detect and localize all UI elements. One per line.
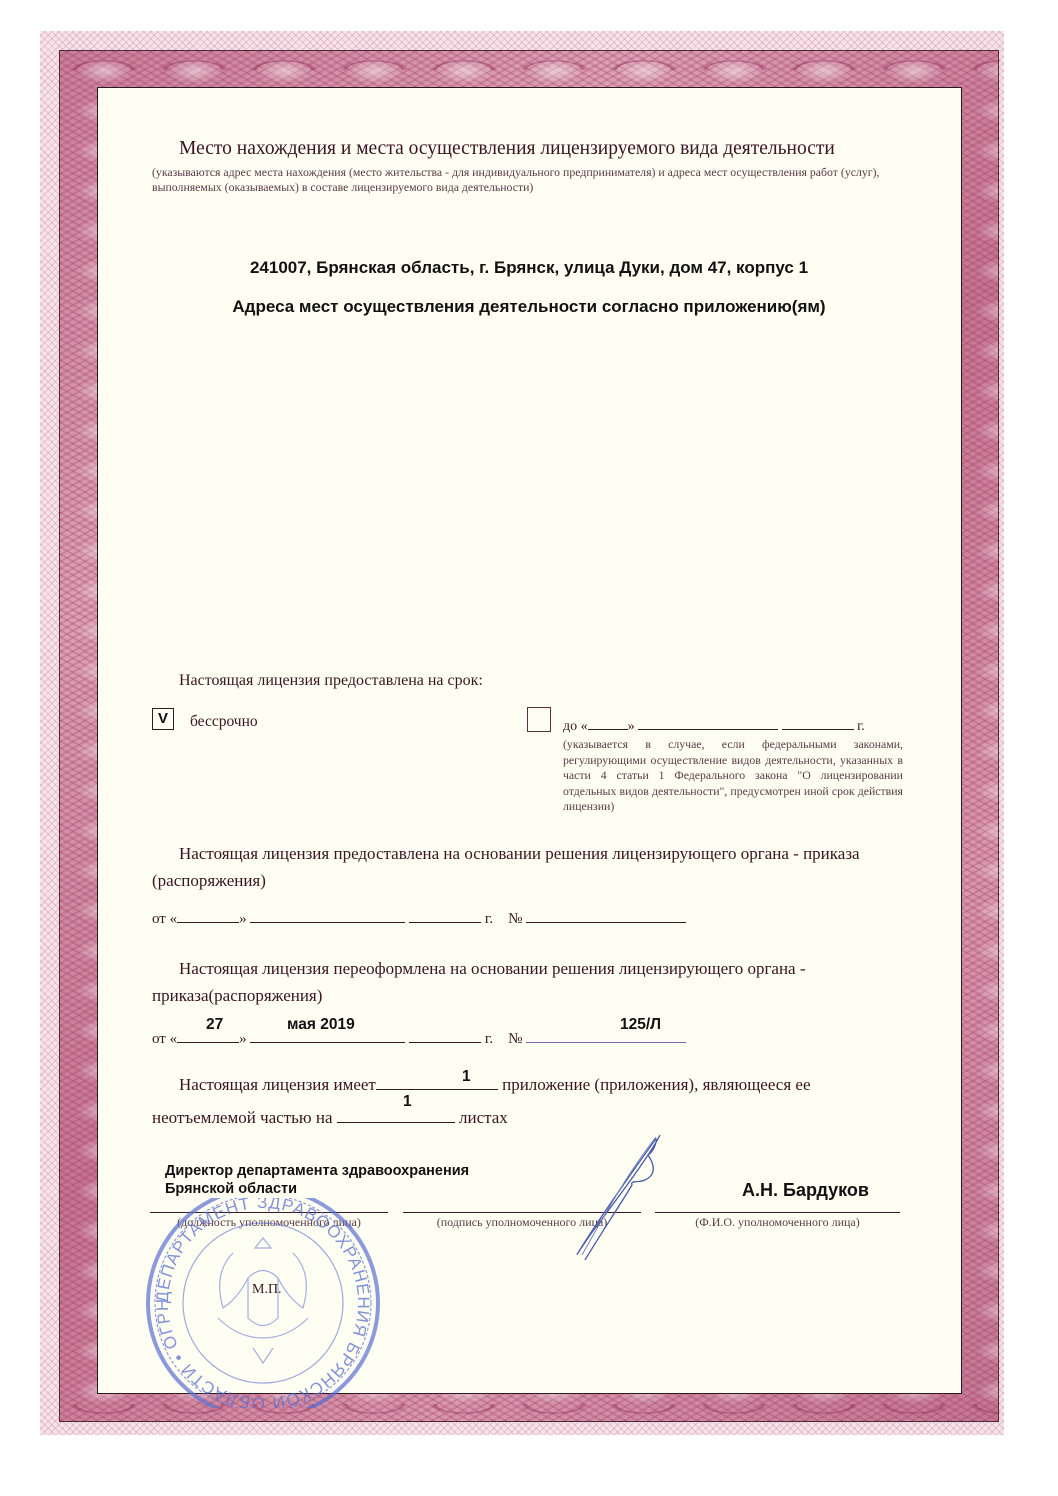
annex-prefix: Настоящая лицензия имеет: [179, 1075, 376, 1094]
annex-sheets-value: 1: [403, 1093, 412, 1111]
perpetual-label: бессрочно: [190, 713, 258, 731]
signatory-name: А.Н. Бардуков: [742, 1180, 869, 1201]
granted-day-blank: [177, 908, 239, 923]
activity-addresses-note: Адреса мест осуществления деятельности с…: [0, 297, 1058, 317]
reissued-month-year-value: мая 2019: [287, 1016, 355, 1034]
granted-year-blank: [409, 908, 481, 923]
annex-line2-prefix: неотъемлемой частью на: [152, 1108, 333, 1127]
reissued-basis-text: Настоящая лицензия переоформлена на осно…: [152, 955, 892, 1009]
reissued-order-row: от «» г. №: [152, 1028, 686, 1048]
reissued-number-blank: [526, 1028, 686, 1043]
perpetual-checkbox[interactable]: V: [152, 708, 174, 730]
granted-quote-close: »: [239, 911, 247, 927]
handwritten-signature: [560, 1125, 670, 1265]
term-label: Настоящая лицензия предоставлена на срок…: [179, 672, 483, 690]
reissued-day-value: 27: [206, 1016, 223, 1034]
until-year-blank: [782, 715, 854, 730]
name-line: [655, 1212, 900, 1213]
reissued-year-suffix: г.: [485, 1031, 493, 1047]
reissued-quote-close: »: [239, 1031, 247, 1047]
granted-from-prefix: от «: [152, 911, 177, 927]
reissued-year-blank: [409, 1028, 481, 1043]
frame-wave-top: [59, 56, 1000, 70]
signatory-position: Директор департамента здравоохранения Бр…: [165, 1162, 495, 1198]
granted-number-prefix: №: [508, 911, 522, 927]
annex-suffix: приложение (приложения), являющееся ее: [502, 1075, 810, 1094]
name-caption: (Ф.И.О. уполномоченного лица): [655, 1215, 900, 1230]
granted-year-suffix: г.: [485, 911, 493, 927]
reissued-number-prefix: №: [508, 1031, 522, 1047]
until-month-blank: [638, 715, 778, 730]
reissued-number-value: 125/Л: [620, 1016, 661, 1034]
annex-line-1: Настоящая лицензия имеет приложение (при…: [179, 1075, 811, 1095]
document-title: Место нахождения и места осуществления л…: [179, 138, 835, 160]
granted-order-row: от «» г. №: [152, 908, 686, 928]
annex-count-value: 1: [462, 1068, 471, 1086]
until-prefix: до «: [563, 719, 588, 734]
license-address: 241007, Брянская область, г. Брянск, ули…: [0, 258, 1058, 278]
annex-line2-suffix: листах: [459, 1108, 508, 1127]
annex-count-blank: [376, 1075, 498, 1090]
until-note: (указывается в случае, если федеральными…: [563, 737, 903, 815]
title-note: (указываются адрес места нахождения (мес…: [152, 165, 892, 195]
until-day-blank: [588, 715, 628, 730]
reissued-from-prefix: от «: [152, 1031, 177, 1047]
granted-month-blank: [250, 908, 405, 923]
until-date-line: до «» г.: [563, 715, 865, 735]
granted-number-blank: [526, 908, 686, 923]
until-quote-close: »: [628, 719, 635, 734]
seal-place-mark: М.П.: [252, 1282, 282, 1298]
annex-sheets-blank: [337, 1108, 455, 1123]
eagle-emblem-icon: [218, 1238, 308, 1363]
official-seal: ДЕПАРТАМЕНТ ЗДРАВООХРАНЕНИЯ БРЯНСКОЙ ОБЛ…: [138, 1198, 388, 1408]
until-date-checkbox[interactable]: [527, 707, 551, 732]
granted-basis-text: Настоящая лицензия предоставлена на осно…: [152, 840, 892, 894]
annex-line-2: неотъемлемой частью на листах: [152, 1108, 508, 1128]
until-year-suffix: г.: [857, 719, 865, 734]
